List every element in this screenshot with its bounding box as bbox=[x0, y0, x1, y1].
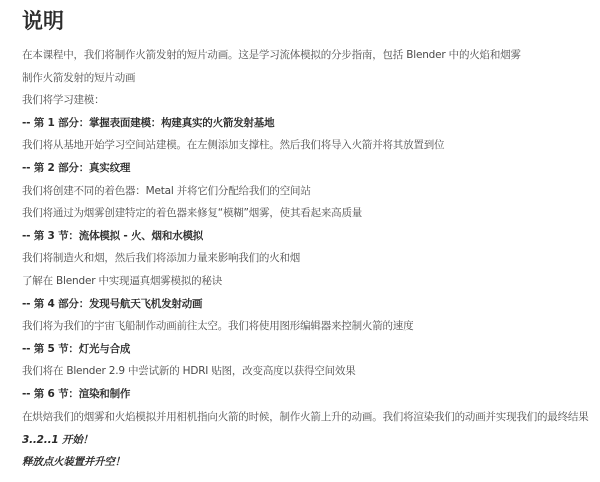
section-heading-4: -- 第 4 部分：发现号航天飞机发射动画 bbox=[22, 293, 590, 316]
section-2-text-2: 我们将通过为烟雾创建特定的着色器来修复“模糊”烟雾，使其看起来高质量 bbox=[22, 202, 590, 225]
section-6-text: 在烘焙我们的烟雾和火焰模拟并用相机指向火箭的时候，制作火箭上升的动画。我们将渲染… bbox=[22, 406, 590, 429]
section-4-text: 我们将为我们的宇宙飞船制作动画前往太空。我们将使用图形编辑器来控制火箭的速度 bbox=[22, 315, 590, 338]
section-3-text-2: 了解在 Blender 中实现逼真烟雾模拟的秘诀 bbox=[22, 270, 590, 293]
section-2-text-1: 我们将创建不同的着色器：Metal 并将它们分配给我们的空间站 bbox=[22, 180, 590, 203]
section-heading-3: -- 第 3 节：流体模拟 - 火、烟和水模拟 bbox=[22, 225, 590, 248]
section-heading-1: -- 第 1 部分：掌握表面建模：构建真实的火箭发射基地 bbox=[22, 112, 590, 135]
learn-label: 我们将学习建模： bbox=[22, 89, 590, 112]
countdown-text: 3..2..1 开始！ bbox=[22, 429, 590, 452]
description-section: 说明 在本课程中，我们将制作火箭发射的短片动画。这是学习流体模拟的分步指南，包括… bbox=[0, 0, 600, 474]
section-5-text: 我们将在 Blender 2.9 中尝试新的 HDRI 贴图，改变高度以获得空间… bbox=[22, 360, 590, 383]
page-title: 说明 bbox=[22, 6, 590, 36]
section-heading-2: -- 第 2 部分：真实纹理 bbox=[22, 157, 590, 180]
section-3-text-1: 我们将制造火和烟，然后我们将添加力量来影响我们的火和烟 bbox=[22, 247, 590, 270]
section-1-text: 我们将从基地开始学习空间站建模。在左侧添加支撑柱。然后我们将导入火箭并将其放置到… bbox=[22, 134, 590, 157]
intro-text: 在本课程中，我们将制作火箭发射的短片动画。这是学习流体模拟的分步指南，包括 Bl… bbox=[22, 44, 590, 67]
section-heading-6: -- 第 6 节：渲染和制作 bbox=[22, 383, 590, 406]
section-heading-5: -- 第 5 节：灯光与合成 bbox=[22, 338, 590, 361]
liftoff-text: 释放点火装置并升空！ bbox=[22, 451, 590, 474]
intro-subtext: 制作火箭发射的短片动画 bbox=[22, 67, 590, 90]
